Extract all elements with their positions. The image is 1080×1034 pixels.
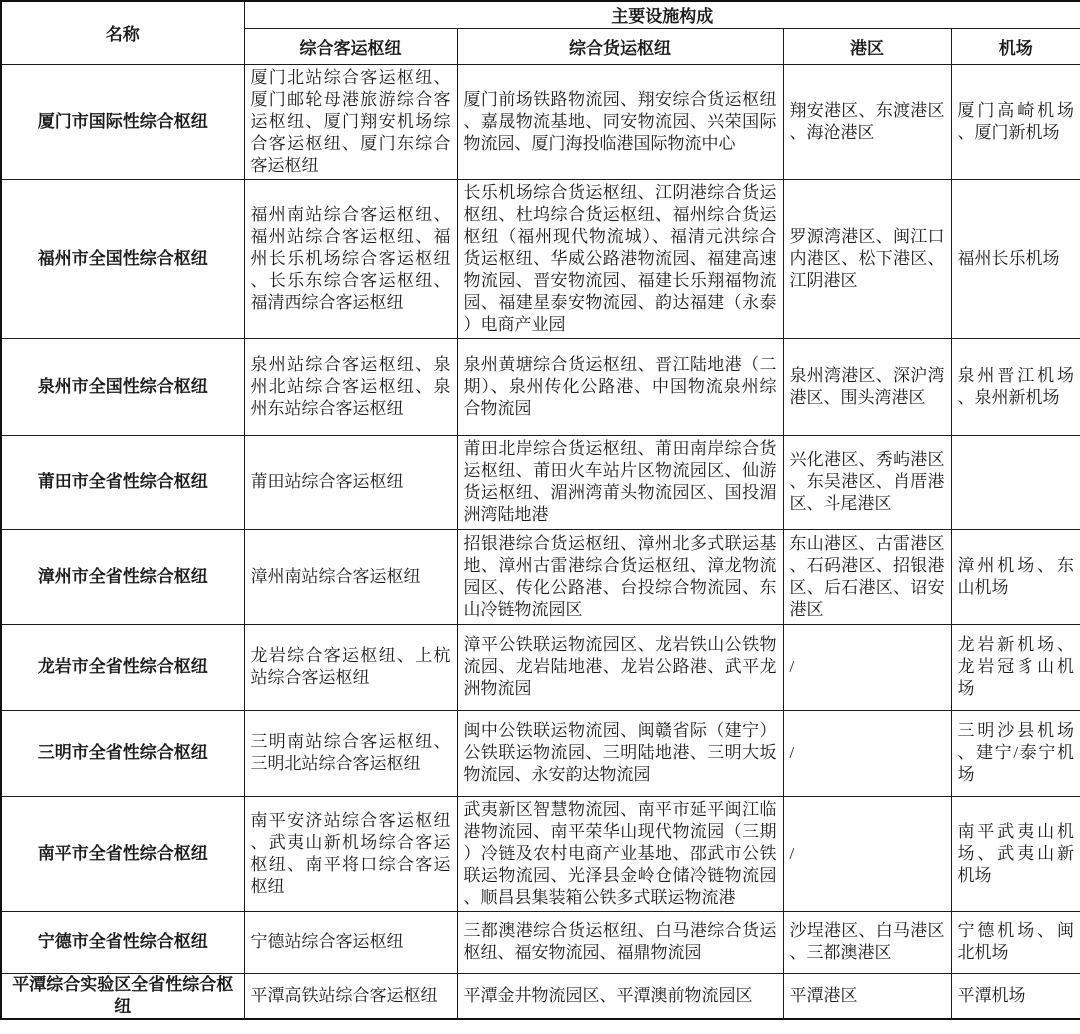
port-area-cell: 翔安港区、东渡港区、海沧港区 [783,64,951,179]
row-name-cell: 莆田市全省性综合枢纽 [1,435,244,529]
header-row-group: 名称 主要设施构成 [1,1,1080,28]
row-name-cell: 宁德市全省性综合枢纽 [1,911,244,973]
port-area-cell: 兴化港区、秀屿港区、东吴港区、肖厝港区、斗尾港区 [783,435,951,529]
airport-cell: 厦门高崎机场、厦门新机场 [951,64,1080,179]
passenger-hub-cell: 莆田站综合客运枢纽 [244,435,457,529]
port-area-cell: / [783,796,951,911]
passenger-hub-cell: 厦门北站综合客运枢纽、厦门邮轮母港旅游综合客运枢纽、厦门翔安机场综合客运枢纽、厦… [244,64,457,179]
airport-cell: 福州长乐机场 [951,179,1080,338]
row-name-cell: 福州市全国性综合枢纽 [1,179,244,338]
row-name-cell: 龙岩市全省性综合枢纽 [1,624,244,710]
port-area-cell: 东山港区、古雷港区、石码港区、招银港区、后石港区、诏安港区 [783,529,951,624]
port-area-cell: / [783,710,951,796]
passenger-hub-cell: 福州南站综合客运枢纽、福州站综合客运枢纽、福州长乐机场综合客运枢纽、长乐东综合客… [244,179,457,338]
document-page: 名称 主要设施构成 综合客运枢纽综合货运枢纽港区机场 厦门市国际性综合枢纽厦门北… [0,0,1080,1034]
column-header-main-facilities: 主要设施构成 [244,1,1080,28]
freight-hub-cell: 招银港综合货运枢纽、漳州北多式联运基地、漳州古雷港综合货运枢纽、漳龙物流园区、传… [457,529,783,624]
passenger-hub-cell: 平潭高铁站综合客运枢纽 [244,973,457,1019]
row-name-cell: 泉州市全国性综合枢纽 [1,338,244,435]
port-area-cell: 罗源湾港区、闽江口内港区、松下港区、江阴港区 [783,179,951,338]
passenger-hub-cell: 三明南站综合客运枢纽、三明北站综合客运枢纽 [244,710,457,796]
freight-hub-cell: 平潭金井物流园区、平潭澳前物流园区 [457,973,783,1019]
hub-facilities-table: 名称 主要设施构成 综合客运枢纽综合货运枢纽港区机场 厦门市国际性综合枢纽厦门北… [0,0,1080,1020]
freight-hub-cell: 漳平公铁联运物流园区、龙岩铁山公铁物流园、龙岩陆地港、龙岩公路港、武平龙洲物流园 [457,624,783,710]
freight-hub-cell: 武夷新区智慧物流园、南平市延平闽江临港物流园、南平荣华山现代物流园（三期）冷链及… [457,796,783,911]
freight-hub-cell: 泉州黄塘综合货运枢纽、晋江陆地港（二期）、泉州传化公路港、中国物流泉州综合物流园 [457,338,783,435]
column-header-port: 港区 [783,28,951,64]
airport-cell: 龙岩新机场、龙岩冠豸山机场 [951,624,1080,710]
passenger-hub-cell: 漳州南站综合客运枢纽 [244,529,457,624]
port-area-cell: 平潭港区 [783,973,951,1019]
airport-cell: 泉州晋江机场、泉州新机场 [951,338,1080,435]
column-header-passenger: 综合客运枢纽 [244,28,457,64]
airport-cell: 平潭机场 [951,973,1080,1019]
table-row: 龙岩市全省性综合枢纽龙岩综合客运枢纽、上杭站综合客运枢纽漳平公铁联运物流园区、龙… [1,624,1080,710]
freight-hub-cell: 莆田北岸综合货运枢纽、莆田南岸综合货运枢纽、莆田火车站片区物流园区、仙游货运枢纽… [457,435,783,529]
airport-cell: 南平武夷山机场、武夷山新机场 [951,796,1080,911]
port-area-cell: 沙埕港区、白马港区、三都澳港区 [783,911,951,973]
freight-hub-cell: 长乐机场综合货运枢纽、江阴港综合货运枢纽、杜坞综合货运枢纽、福州综合货运枢纽（福… [457,179,783,338]
port-area-cell: 泉州湾港区、深沪湾港区、围头湾港区 [783,338,951,435]
table-row: 漳州市全省性综合枢纽漳州南站综合客运枢纽招银港综合货运枢纽、漳州北多式联运基地、… [1,529,1080,624]
passenger-hub-cell: 宁德站综合客运枢纽 [244,911,457,973]
freight-hub-cell: 厦门前场铁路物流园、翔安综合货运枢纽、嘉晟物流基地、同安物流园、兴荣国际物流园、… [457,64,783,179]
table-row: 宁德市全省性综合枢纽宁德站综合客运枢纽三都澳港综合货运枢纽、白马港综合货运枢纽、… [1,911,1080,973]
table-row: 厦门市国际性综合枢纽厦门北站综合客运枢纽、厦门邮轮母港旅游综合客运枢纽、厦门翔安… [1,64,1080,179]
column-header-airport: 机场 [951,28,1080,64]
freight-hub-cell: 三都澳港综合货运枢纽、白马港综合货运枢纽、福安物流园、福鼎物流园 [457,911,783,973]
table-row: 莆田市全省性综合枢纽莆田站综合客运枢纽莆田北岸综合货运枢纽、莆田南岸综合货运枢纽… [1,435,1080,529]
table-row: 平潭综合实验区全省性综合枢纽平潭高铁站综合客运枢纽平潭金井物流园区、平潭澳前物流… [1,973,1080,1019]
table-row: 泉州市全国性综合枢纽泉州站综合客运枢纽、泉州北站综合客运枢纽、泉州东站综合客运枢… [1,338,1080,435]
airport-cell [951,435,1080,529]
row-name-cell: 漳州市全省性综合枢纽 [1,529,244,624]
passenger-hub-cell: 龙岩综合客运枢纽、上杭站综合客运枢纽 [244,624,457,710]
airport-cell: 宁德机场、闽北机场 [951,911,1080,973]
airport-cell: 漳州机场、东山机场 [951,529,1080,624]
freight-hub-cell: 闽中公铁联运物流园、闽赣省际（建宁）公铁联运物流园、三明陆地港、三明大坂物流园、… [457,710,783,796]
table-row: 三明市全省性综合枢纽三明南站综合客运枢纽、三明北站综合客运枢纽闽中公铁联运物流园… [1,710,1080,796]
airport-cell: 三明沙县机场、建宁/泰宁机场 [951,710,1080,796]
port-area-cell: / [783,624,951,710]
row-name-cell: 三明市全省性综合枢纽 [1,710,244,796]
row-name-cell: 南平市全省性综合枢纽 [1,796,244,911]
passenger-hub-cell: 泉州站综合客运枢纽、泉州北站综合客运枢纽、泉州东站综合客运枢纽 [244,338,457,435]
row-name-cell: 平潭综合实验区全省性综合枢纽 [1,973,244,1019]
passenger-hub-cell: 南平安济站综合客运枢纽、武夷山新机场综合客运枢纽、南平将口综合客运枢纽 [244,796,457,911]
column-header-name: 名称 [1,1,244,64]
row-name-cell: 厦门市国际性综合枢纽 [1,64,244,179]
column-header-freight: 综合货运枢纽 [457,28,783,64]
table-row: 福州市全国性综合枢纽福州南站综合客运枢纽、福州站综合客运枢纽、福州长乐机场综合客… [1,179,1080,338]
table-row: 南平市全省性综合枢纽南平安济站综合客运枢纽、武夷山新机场综合客运枢纽、南平将口综… [1,796,1080,911]
